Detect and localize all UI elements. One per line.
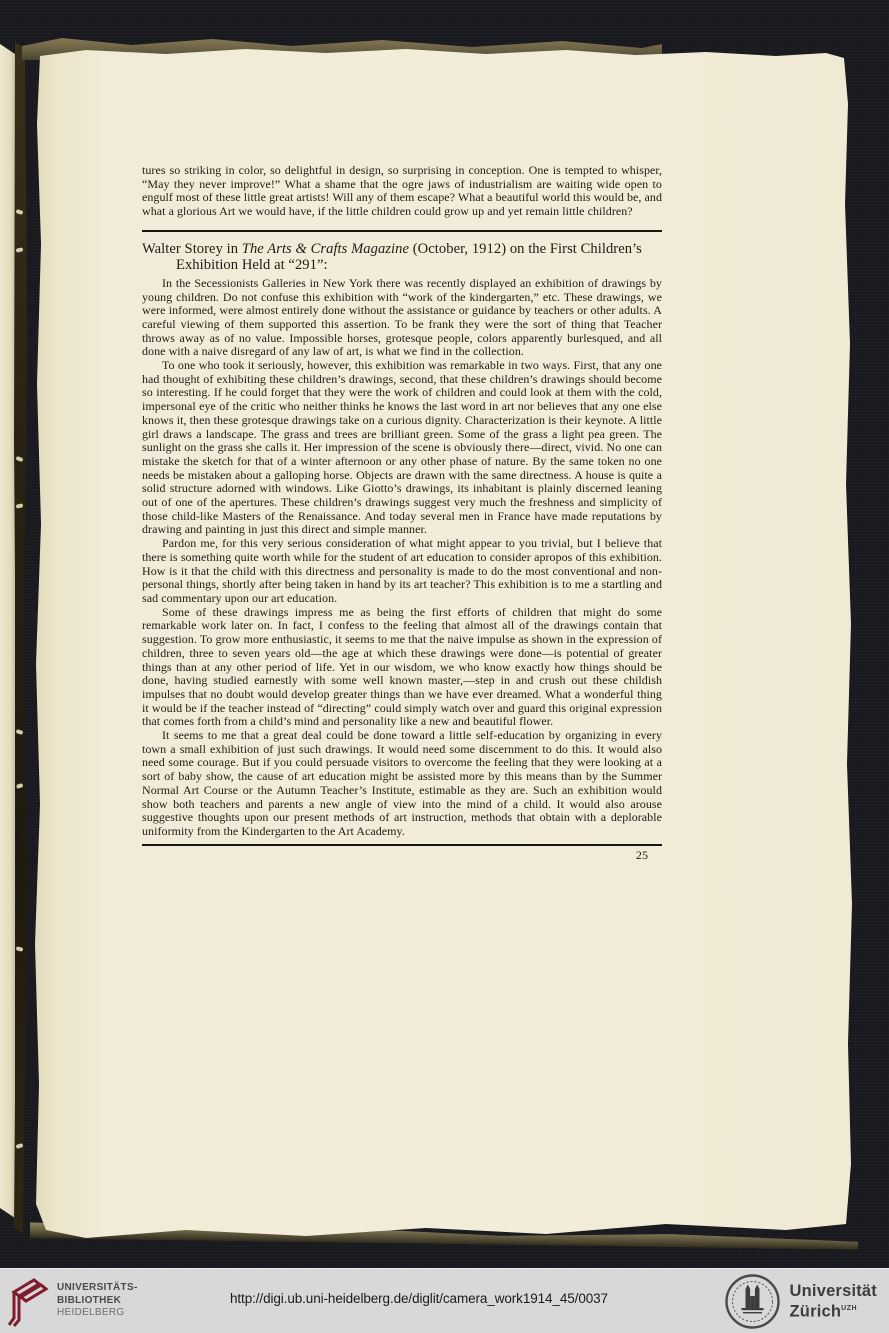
heading-magazine-title: The Arts & Crafts Magazine [242, 241, 409, 257]
section-heading: Walter Storey in The Arts & Crafts Magaz… [142, 241, 662, 274]
separator-rule [142, 844, 662, 846]
digitization-footer: UNIVERSITÄTS- BIBLIOTHEK HEIDELBERG http… [0, 1268, 889, 1333]
uzh-name-line: Universität [790, 1282, 877, 1300]
uzh-name-line: ZürichUZH [790, 1300, 877, 1321]
library-name-line: BIBLIOTHEK [57, 1295, 138, 1308]
heidelberg-library-logo: UNIVERSITÄTS- BIBLIOTHEK HEIDELBERG [8, 1276, 138, 1328]
page-text-column: tures so striking in color, so delightfu… [142, 164, 662, 862]
stitch-thread [16, 946, 24, 952]
quote-paragraph: In the Secessionists Galleries in New Yo… [142, 277, 662, 359]
stitch-thread [16, 247, 24, 253]
separator-rule [142, 230, 662, 232]
intro-paragraph: tures so striking in color, so delightfu… [142, 164, 662, 219]
stitch-thread [16, 729, 24, 735]
stitch-thread [16, 1143, 24, 1149]
document-url: http://digi.ub.uni-heidelberg.de/diglit/… [230, 1291, 660, 1306]
stitch-thread [16, 783, 24, 789]
facing-page-edge [0, 40, 15, 1230]
quote-paragraph: Pardon me, for this very serious conside… [142, 537, 662, 606]
uzh-abbreviation: UZH [841, 1305, 857, 1312]
heidelberg-library-text: UNIVERSITÄTS- BIBLIOTHEK HEIDELBERG [57, 1276, 138, 1320]
uzh-seal-icon [724, 1273, 781, 1330]
uzh-wordmark: Universität ZürichUZH [790, 1282, 877, 1321]
stitch-thread [16, 503, 24, 508]
uzh-logo: Universität ZürichUZH [724, 1273, 877, 1330]
page-number: 25 [142, 849, 662, 863]
binding-stitch-band [13, 42, 28, 1234]
heidelberg-books-icon [8, 1276, 50, 1328]
heading-text: Walter Storey in [142, 241, 242, 257]
quote-paragraph: It seems to me that a great deal could b… [142, 729, 662, 839]
stitch-thread [16, 456, 24, 462]
book-page: tures so striking in color, so delightfu… [26, 44, 852, 1240]
quote-paragraph: Some of these drawings impress me as bei… [142, 606, 662, 729]
stitch-thread [16, 209, 24, 215]
quote-paragraph: To one who took it seriously, however, t… [142, 359, 662, 537]
library-name-line: UNIVERSITÄTS- [57, 1282, 138, 1295]
library-name-line: HEIDELBERG [57, 1307, 138, 1320]
